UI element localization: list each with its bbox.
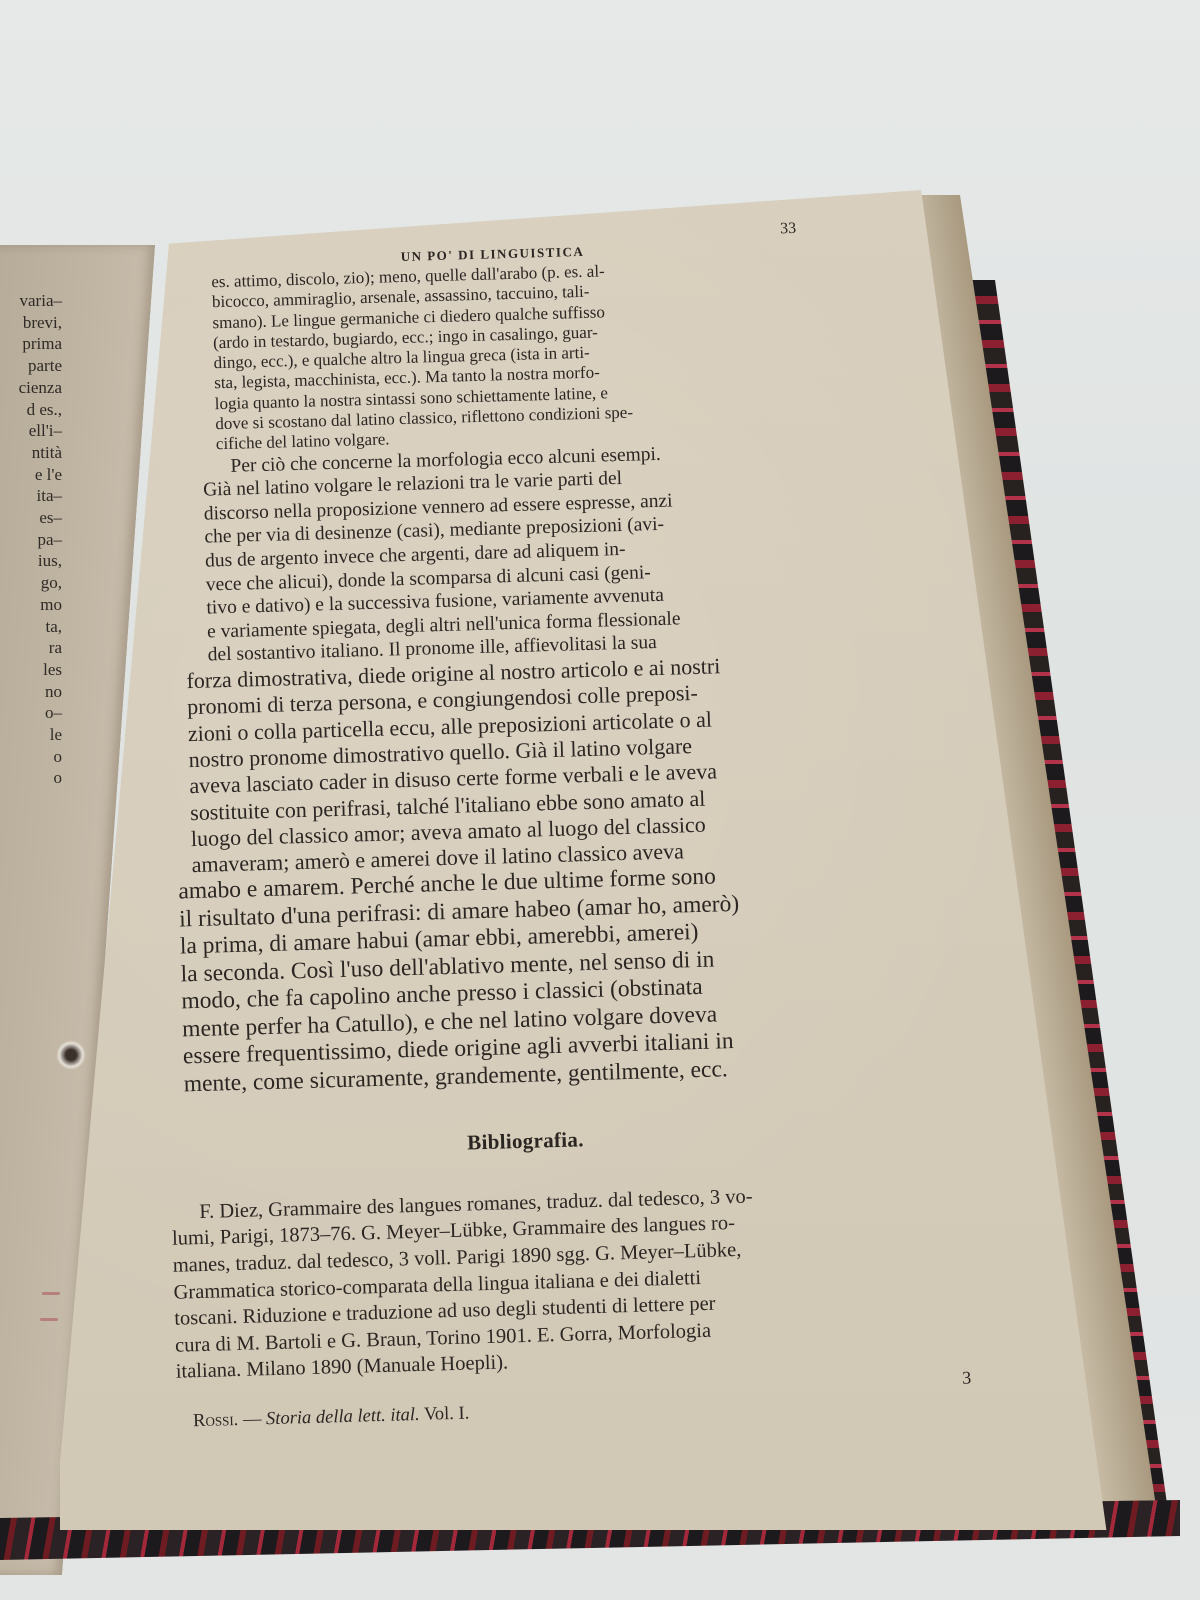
- left-page-line: prima: [0, 333, 62, 355]
- left-page-line: le: [0, 724, 62, 746]
- footer-volume: Vol. I.: [424, 1404, 470, 1425]
- paragraph-1: es. attimo, discolo, zio); meno, quelle …: [211, 254, 856, 454]
- left-page-line: ntità: [0, 442, 62, 464]
- left-page-line: e l'e: [0, 464, 62, 486]
- paragraph-2-part-2: forza dimostrativa, diede origine al nos…: [186, 649, 868, 878]
- body-text: es. attimo, discolo, zio); meno, quelle …: [211, 254, 883, 1432]
- left-page-line: ell'i–: [0, 420, 62, 442]
- left-page-line: mo: [0, 594, 62, 616]
- footer-title: Storia della lett. ital.: [266, 1405, 420, 1429]
- page-tear: [56, 1040, 86, 1070]
- left-page-line: o: [0, 767, 62, 789]
- left-page-line: es–: [0, 507, 62, 529]
- bibliography-text: F. Diez, Grammaire des langues romanes, …: [171, 1180, 882, 1386]
- left-page-line: o–: [0, 702, 62, 724]
- paragraph-2-part-1: Per ciò che concerne la morfologia ecco …: [202, 437, 862, 668]
- left-page-line: varia–: [0, 290, 62, 312]
- left-page-line: d es.,: [0, 399, 62, 421]
- left-page-line: pa–: [0, 529, 62, 551]
- binding-stitch: [42, 1292, 60, 1295]
- left-page-line: no: [0, 681, 62, 703]
- left-page-line: parte: [0, 355, 62, 377]
- left-page-line: o: [0, 746, 62, 768]
- binding-stitch: [40, 1318, 58, 1321]
- left-page-line: ius,: [0, 550, 62, 572]
- left-page-text: varia–brevi,primapartecienzad es.,ell'i–…: [0, 290, 62, 789]
- left-page-line: go,: [0, 572, 62, 594]
- left-page-line: brevi,: [0, 312, 62, 334]
- left-page-line: ta,: [0, 616, 62, 638]
- signature-number: 3: [962, 1365, 972, 1390]
- bibliography-heading: Bibliografia.: [175, 1119, 875, 1163]
- left-page-line: ra: [0, 637, 62, 659]
- page-number: 33: [780, 220, 796, 238]
- footer-author: Rossi.: [193, 1410, 239, 1431]
- footer-dash: —: [243, 1409, 262, 1430]
- paragraph-2-part-3: amabo e amarem. Perché anche le due ulti…: [178, 860, 874, 1099]
- left-page-line: cienza: [0, 377, 62, 399]
- page-content: UN PO' DI LINGUISTICA 33 es. attimo, dis…: [150, 212, 973, 1434]
- left-page-line: les: [0, 659, 62, 681]
- left-page-line: ita–: [0, 485, 62, 507]
